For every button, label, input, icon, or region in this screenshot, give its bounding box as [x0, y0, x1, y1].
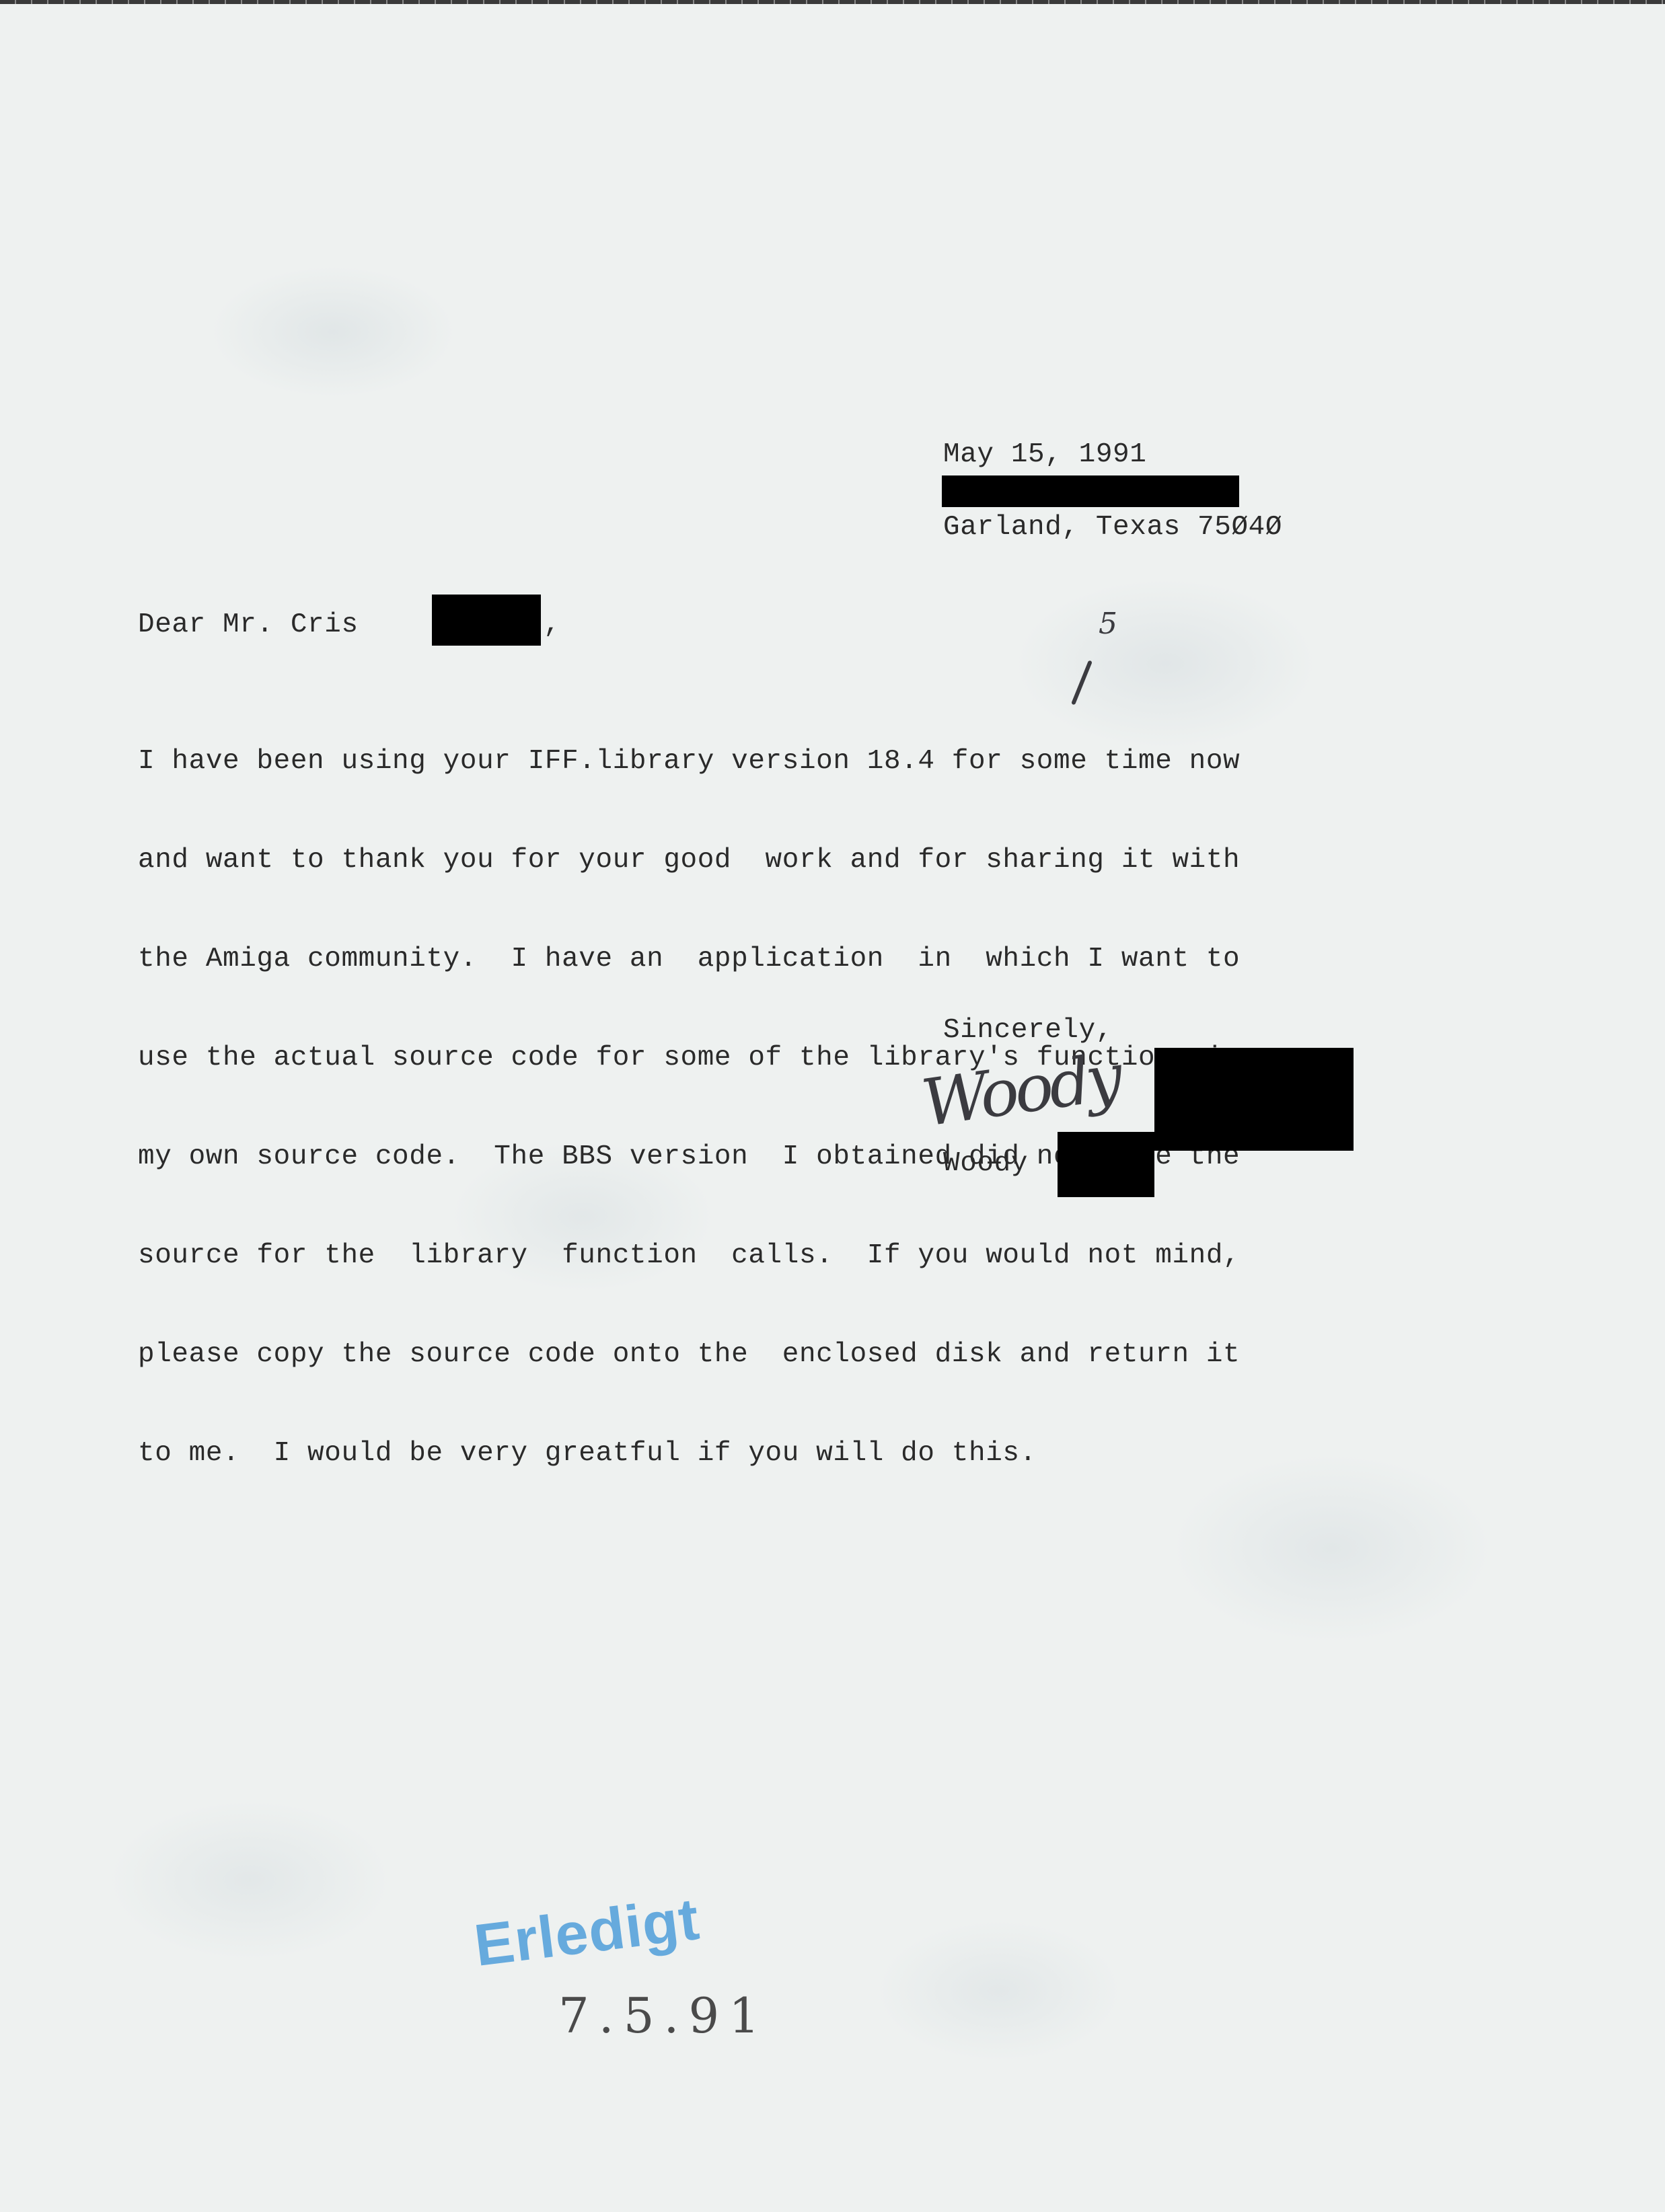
salutation-comma: , — [544, 609, 560, 642]
salutation: Dear Mr. Cris — [138, 609, 359, 642]
body-line: please copy the source code onto the enc… — [138, 1338, 1240, 1371]
body-line: and want to thank you for your good work… — [138, 844, 1240, 877]
typed-name: Woody — [943, 1147, 1028, 1180]
handwritten-date: 7.5.91 — [558, 1987, 769, 2044]
handwritten-correction: 5 — [1099, 607, 1117, 641]
redacted-typed-surname — [1058, 1132, 1154, 1197]
body-line: to me. I would be very greatful if you w… — [138, 1437, 1240, 1470]
sender-city-line: Garland, Texas 75Ø4Ø — [943, 511, 1282, 544]
redacted-address — [942, 475, 1239, 507]
erledigt-stamp: Erledigt — [471, 1884, 704, 1980]
body-line: I have been using your IFF.library versi… — [138, 745, 1240, 778]
body-line: source for the library function calls. I… — [138, 1240, 1240, 1272]
redacted-signature-surname — [1154, 1048, 1354, 1151]
paper-top-edge — [0, 0, 1665, 4]
body-line: the Amiga community. I have an applicati… — [138, 943, 1240, 976]
letter-date: May 15, 1991 — [943, 438, 1146, 471]
redacted-recipient-surname — [432, 595, 541, 646]
